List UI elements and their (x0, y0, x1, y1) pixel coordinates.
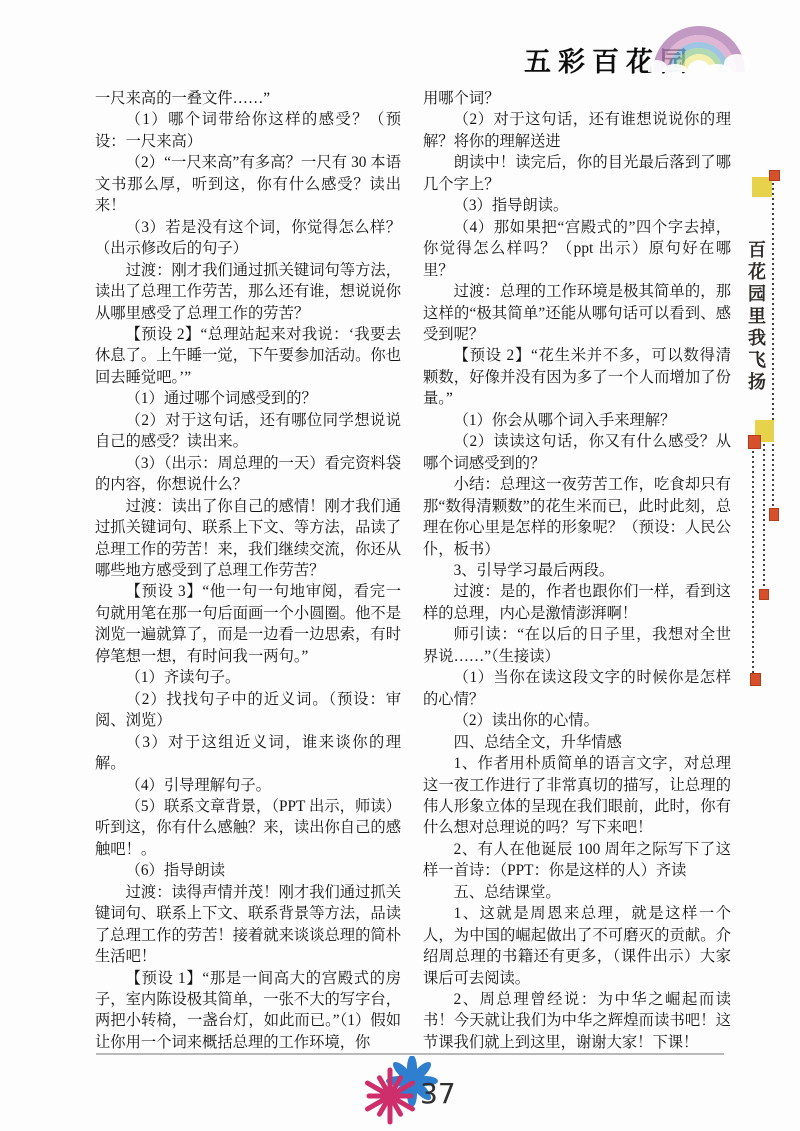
paragraph: 用哪个词？ (423, 88, 731, 109)
paragraph: 【预设 1】“那是一间高大的宫殿式的房子，室内陈设极其简单，一张不大的写字台，两… (95, 968, 401, 1054)
left-text-column: 一尺来高的一叠文件……”（1）哪个词带给你这样的感受？（预设：一尺来高）（2）“… (95, 88, 401, 1053)
dotted-line-right (772, 444, 774, 510)
paragraph: （2）读出你的心情。 (423, 710, 731, 731)
paragraph: （2）找找句子中的近义词。（预设：审阅、浏览） (95, 689, 401, 732)
page-number: 37 (420, 1077, 456, 1110)
paragraph: 过渡：是的，作者也跟你们一样，看到这样的总理，内心是激情澎湃啊！ (423, 581, 731, 624)
paragraph: （1）齐读句子。 (95, 667, 401, 688)
paragraph: 1、这就是周恩来总理，就是这样一个人，为中国的崛起做出了不可磨灭的贡献。介绍周总… (423, 903, 731, 989)
paragraph: （3）（出示：周总理的一天）看完资料袋的内容，你想说什么？ (95, 453, 401, 496)
sidebar-vertical-slogan: 百花园里我飞扬 (742, 240, 768, 394)
paragraph: 过渡：总理的工作环境是极其简单的，那这样的“极其简单”还能从哪句话可以看到、感受… (423, 281, 731, 345)
footer-divider (96, 1053, 724, 1055)
paragraph: （2）读读这句话，你又有什么感受？从哪个词感受到的？ (423, 431, 731, 474)
paragraph: （1）哪个词带给你这样的感受？（预设：一尺来高） (95, 109, 401, 152)
paragraph: 小结：总理这一夜劳苦工作，吃食却只有那“数得清颗数”的花生米而已，此时此刻，总理… (423, 474, 731, 560)
book-page: 五彩百花园 一尺来高的一叠文件……”（1）哪个词带给你这样的感受？（预设：一尺来… (0, 0, 800, 1131)
paragraph: （3）若是没有这个词，你觉得怎么样？（出示修改后的句子） (95, 217, 401, 260)
paragraph: 【预设 3】“他一句一句地审阅，看完一句就用笔在那一句后面画一个小圆圈。他不是浏… (95, 581, 401, 667)
paragraph: （4）引导理解句子。 (95, 775, 401, 796)
paragraph: 1、作者用朴质简单的语言文字，对总理这一夜工作进行了非常真切的描写，让总理的伟人… (423, 753, 731, 839)
paragraph: （3）对于这组近义词，谁来谈你的理解。 (95, 732, 401, 775)
paragraph: 朗读中！读完后，你的目光最后落到了哪几个字上？ (423, 152, 731, 195)
paragraph: （1）通过哪个词感受到的？ (95, 388, 401, 409)
paragraph: 五、总结课堂。 (423, 882, 731, 903)
paragraph: （1）你会从哪个词入手来理解？ (423, 410, 731, 431)
dotted-line-left (752, 451, 754, 674)
paragraph: 过渡：刚才我们通过抓关键词句等方法，读出了总理工作劳苦，那么还有谁，想说说你从哪… (95, 260, 401, 324)
paragraph: 一尺来高的一叠文件……” (95, 88, 401, 109)
right-text-column: 用哪个词？（2）对于这句话，还有谁想说说你的理解？将你的理解送进朗读中！读完后，… (423, 88, 731, 1053)
paragraph: （3）指导朗读。 (423, 195, 731, 216)
paragraph: 四、总结全文，升华情感 (423, 732, 731, 753)
paragraph: 师引读：“在以后的日子里，我想对全世界说……”（生接读） (423, 624, 731, 667)
red-square-end-right (769, 508, 779, 521)
paragraph: 3、引导学习最后两段。 (423, 560, 731, 581)
paragraph: 【预设 2】“花生米并不多，可以数得清颗数，好像并没有因为多了一个人而增加了份量… (423, 345, 731, 409)
paragraph: （2）“一尺来高”有多高？一尺有 30 本语文书那么厚，听到这，你有什么感受？读… (95, 152, 401, 216)
red-square-ornament-bottom (748, 435, 761, 449)
red-square-end-left (750, 673, 761, 686)
paragraph: （4）那如果把“宫殿式的”四个字去掉，你觉得怎么样吗？（ppt 出示）原句好在哪… (423, 217, 731, 281)
paragraph: （6）指导朗读 (95, 860, 401, 881)
paragraph: （2）对于这句话，还有谁想说说你的理解？将你的理解送进 (423, 109, 731, 152)
paragraph: （2）对于这句话，还有哪位同学想说说自己的感受？读出来。 (95, 410, 401, 453)
red-square-end-middle (759, 589, 769, 600)
paragraph: 过渡：读得声情并茂！刚才我们通过抓关键词句、联系上下文、联系背景等方法，品读了总… (95, 882, 401, 968)
paragraph: 2、有人在他诞辰 100 周年之际写下了这样一首诗：（PPT：你是这样的人）齐读 (423, 839, 731, 882)
red-square-ornament-top (769, 170, 780, 181)
rainbow-icon (648, 18, 750, 72)
dotted-line-main (772, 183, 774, 420)
paragraph: （1）当你在读这段文字的时候你是怎样的心情？ (423, 667, 731, 710)
paragraph: 过渡：读出了你自己的感情！刚才我们通过抓关键词句、联系上下文、等方法，品读了总理… (95, 496, 401, 582)
paragraph: 【预设 2】“总理站起来对我说：‘我要去休息了。上午睡一觉，下午要参加活动。你也… (95, 324, 401, 388)
paragraph: 2、周总理曾经说：为中华之崛起而读书！今天就让我们为中华之辉煌而读书吧！这节课我… (423, 989, 731, 1053)
dotted-line-middle (763, 444, 765, 590)
paragraph: （5）联系文章背景，（PPT 出示，师读）听到这，你有什么感触？来，读出你自己的… (95, 796, 401, 860)
